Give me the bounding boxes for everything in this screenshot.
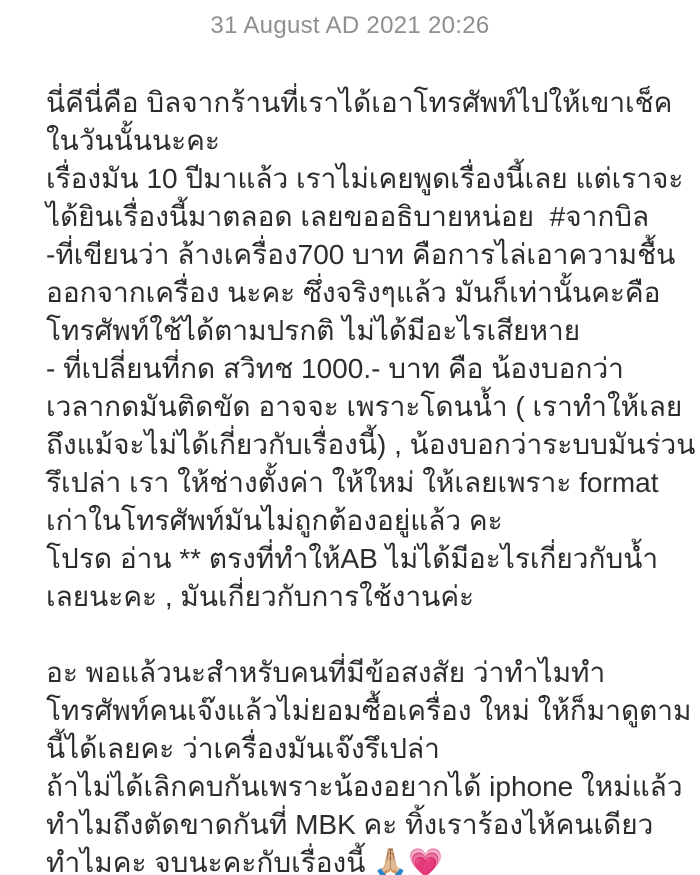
message-line: -ที่เขียนว่า ล้างเครื่อง700 บาท คือการไล… bbox=[46, 236, 660, 274]
message-paragraph: อะ พอแล้วนะสำหรับคนที่มีข้อสงสัย ว่าทำไม… bbox=[46, 654, 660, 875]
message-line: ถึงแม้จะไม่ได้เกี่ยวกับเรื่องนี้) , น้อง… bbox=[46, 426, 660, 464]
message-line: เรื่องมัน 10 ปีมาแล้ว เราไม่เคยพูดเรื่อง… bbox=[46, 160, 660, 198]
message-line: โทรศัพท์คนเจ๊งแล้วไม่ยอมซื้อเครื่อง ใหม่… bbox=[46, 692, 660, 730]
message-line: ในวันนั้นนะคะ bbox=[46, 122, 660, 160]
message-line: โทรศัพท์ใช้ได้ตามปรกติ ไม่ได้มีอะไรเสียห… bbox=[46, 312, 660, 350]
message-line: เก่าในโทรศัพท์มันไม่ถูกต้องอยู่แล้ว คะ bbox=[46, 502, 660, 540]
message-line: ได้ยินเรื่องนี้มาตลอด เลยขออธิบายหน่อย #… bbox=[46, 198, 660, 236]
message-line: เวลากดมันติดขัด อาจจะ เพราะโดนน้ำ ( เราท… bbox=[46, 388, 660, 426]
message-line: อะ พอแล้วนะสำหรับคนที่มีข้อสงสัย ว่าทำไม… bbox=[46, 654, 660, 692]
message-line: นี้ได้เลยคะ ว่าเครื่องมันเจ๊งรึเปล่า bbox=[46, 730, 660, 768]
message-body: นี่คีนี่คือ บิลจากร้านที่เราได้เอาโทรศัพ… bbox=[46, 84, 660, 875]
message-line: - ที่เปลี่ยนที่กด สวิทช 1000.- บาท คือ น… bbox=[46, 350, 660, 388]
message-line: โปรด อ่าน ** ตรงที่ทำให้AB ไม่ได้มีอะไรเ… bbox=[46, 540, 660, 578]
message-paragraph: นี่คีนี่คือ บิลจากร้านที่เราได้เอาโทรศัพ… bbox=[46, 84, 660, 616]
photo-viewer-page: 31 August AD 2021 20:26 นี่คีนี่คือ บิลจ… bbox=[0, 0, 700, 875]
photo-timestamp: 31 August AD 2021 20:26 bbox=[0, 12, 700, 40]
message-line: นี่คีนี่คือ บิลจากร้านที่เราได้เอาโทรศัพ… bbox=[46, 84, 660, 122]
message-line: ทำไมถึงตัดขาดกันที่ MBK คะ ทิ้งเราร้องไห… bbox=[46, 806, 660, 844]
message-line: ถ้าไม่ได้เลิกคบกันเพราะน้องอยากได้ iphon… bbox=[46, 768, 660, 806]
message-line: รึเปล่า เรา ให้ช่างตั้งค่า ให้ใหม่ ให้เล… bbox=[46, 464, 660, 502]
message-line: เลยนะคะ , มันเกี่ยวกับการใช้งานค่ะ bbox=[46, 578, 660, 616]
message-line: ออกจากเครื่อง นะคะ ซึ่งจริงๆแล้ว มันก็เท… bbox=[46, 274, 660, 312]
message-line: ทำไมคะ จบนะคะกับเรื่องนี้ 🙏🏼💗 bbox=[46, 844, 660, 875]
